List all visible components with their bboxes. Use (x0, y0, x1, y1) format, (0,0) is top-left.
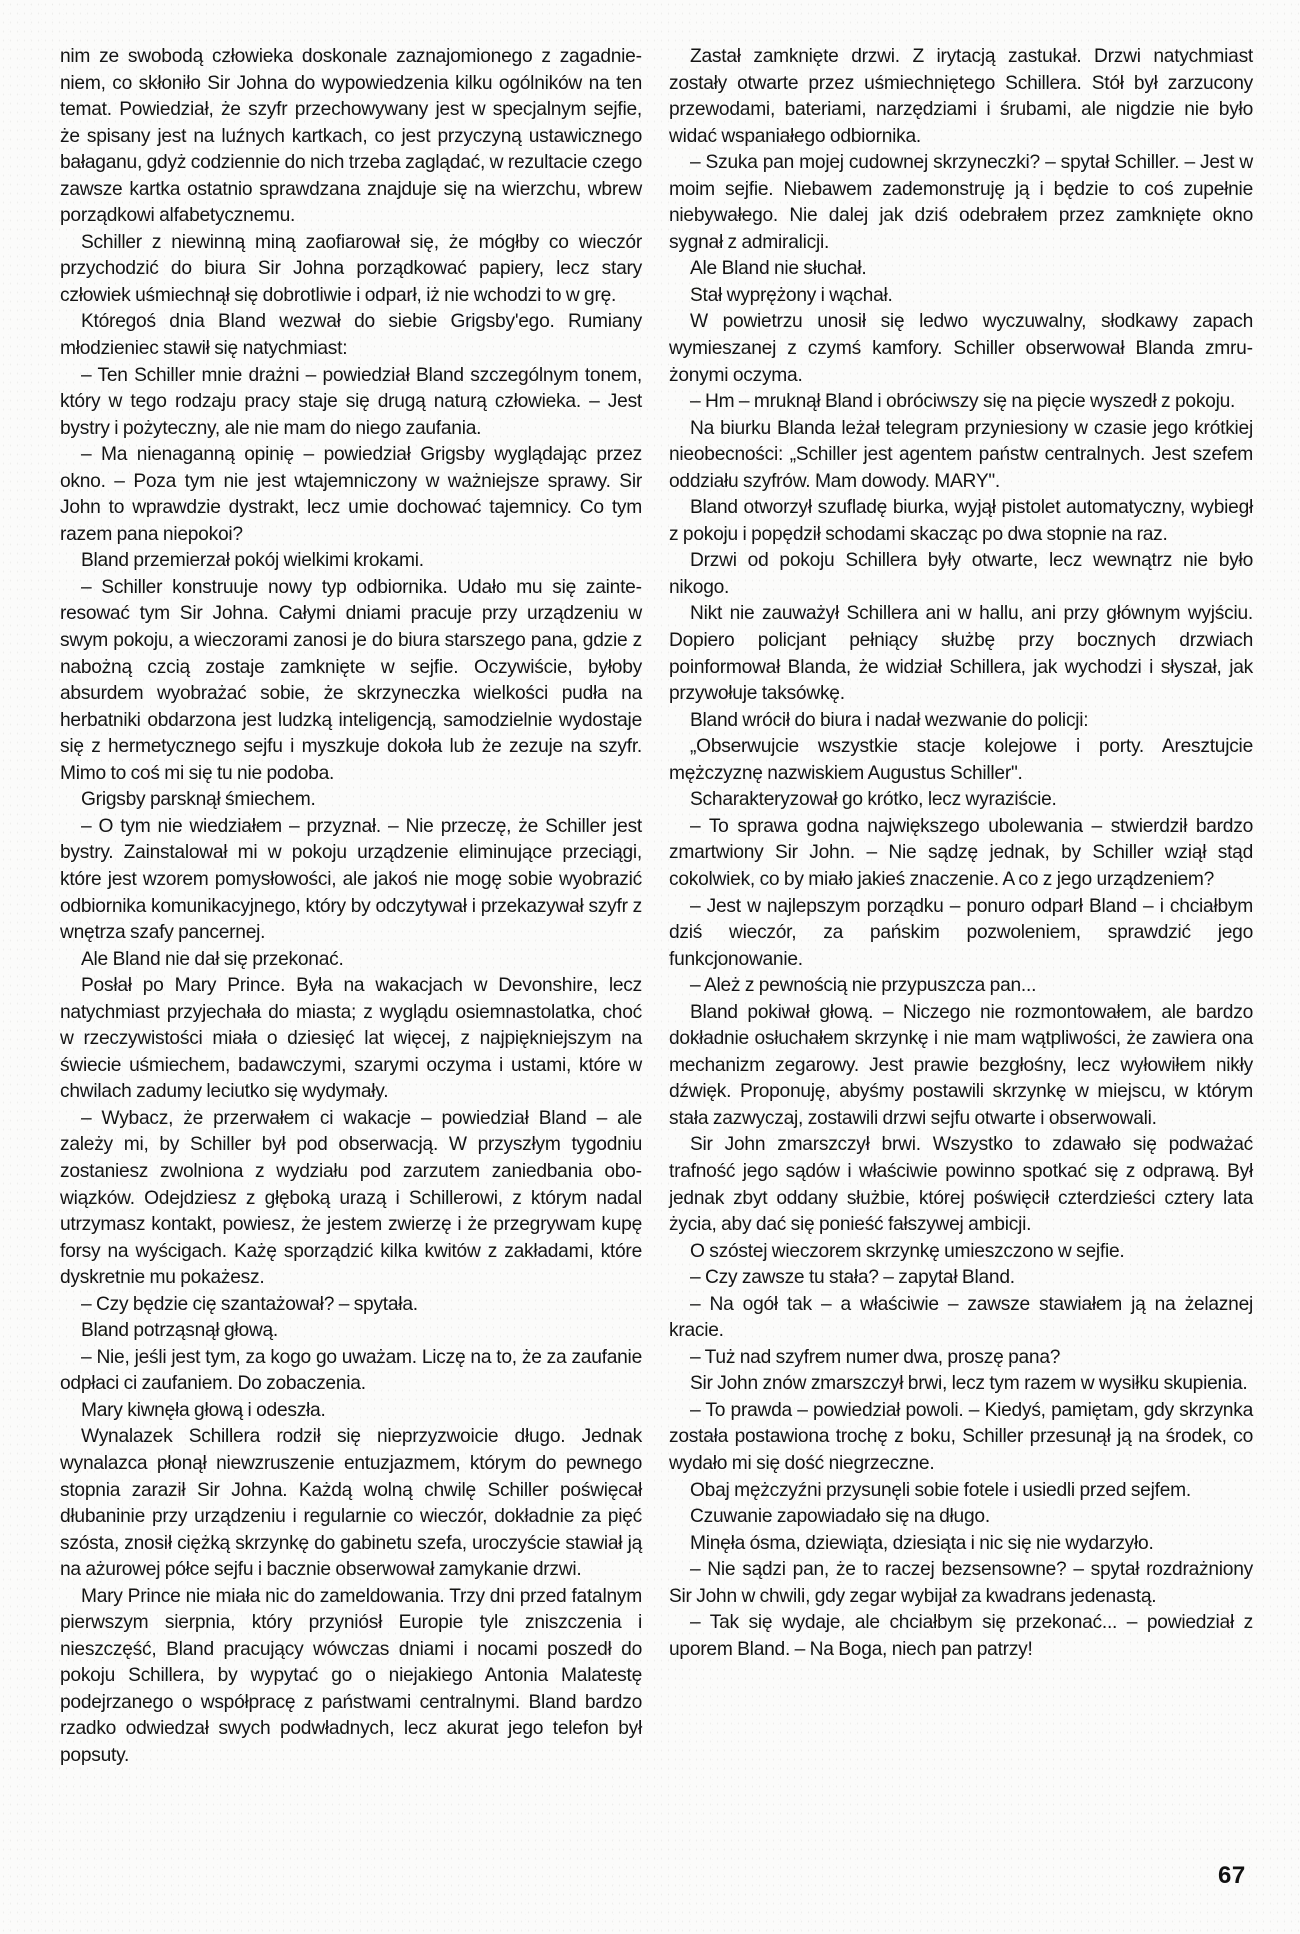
paragraph: Bland wrócił do biura i nadał wezwanie d… (669, 708, 1253, 735)
right-text-column: Zastał zamknięte drzwi. Z irytacją zastu… (669, 44, 1253, 1663)
paragraph: Wynalazek Schillera rodził się nieprzyzw… (60, 1424, 642, 1583)
paragraph: – Jest w najlepszym porządku – ponuro od… (669, 894, 1253, 974)
paragraph: – Czy będzie cię szantażował? – spytała. (60, 1292, 642, 1319)
paragraph: Posłał po Mary Prince. Była na wakacjach… (60, 973, 642, 1106)
paragraph: Obaj mężczyźni przysunęli sobie fotele i… (669, 1478, 1253, 1505)
paragraph: – To sprawa godna największego ubolewani… (669, 814, 1253, 894)
paragraph: – Ma nienaganną opinię – powiedział Grig… (60, 442, 642, 548)
paragraph: Drzwi od pokoju Schillera były otwarte, … (669, 548, 1253, 601)
paragraph: Sir John zmarszczył brwi. Wszystko to zd… (669, 1132, 1253, 1238)
paragraph: Bland pokiwał głową. – Niczego nie rozmo… (669, 1000, 1253, 1133)
paragraph: Bland przemierzał pokój wielkimi krokami… (60, 548, 642, 575)
paragraph: nim ze swobodą człowieka doskonale zazna… (60, 44, 642, 230)
paragraph: Któregoś dnia Bland wezwał do siebie Gri… (60, 309, 642, 362)
page-number: 67 (1218, 1862, 1246, 1890)
paragraph: – To prawda – powiedział powoli. – Kiedy… (669, 1398, 1253, 1478)
paragraph: O szóstej wieczorem skrzynkę umieszczono… (669, 1239, 1253, 1266)
paragraph: Na biurku Blanda leżał telegram przynies… (669, 416, 1253, 496)
paragraph: Scharakteryzował go krótko, lecz wyraziś… (669, 787, 1253, 814)
paragraph: – Szuka pan mojej cudownej skrzyneczki? … (669, 150, 1253, 256)
paragraph: – Na ogół tak – a właściwie – zawsze sta… (669, 1292, 1253, 1345)
paragraph: Mary Prince nie miała nic do zameldowani… (60, 1584, 642, 1770)
paragraph: W powietrzu unosił się ledwo wyczuwalny,… (669, 309, 1253, 389)
paragraph: Mary kiwnęła głową i odeszła. (60, 1398, 642, 1425)
paragraph: Ale Bland nie słuchał. (669, 256, 1253, 283)
paragraph: – Tuż nad szyfrem numer dwa, proszę pana… (669, 1345, 1253, 1372)
paragraph: Zastał zamknięte drzwi. Z irytacją zastu… (669, 44, 1253, 150)
paragraph: – Ten Schiller mnie drażni – powiedział … (60, 363, 642, 443)
paragraph: Czuwanie zapowiadało się na długo. (669, 1504, 1253, 1531)
paragraph: Minęła ósma, dziewiąta, dziesiąta i nic … (669, 1531, 1253, 1558)
paragraph: „Obserwujcie wszystkie stacje kolejowe i… (669, 734, 1253, 787)
paragraph: – Czy zawsze tu stała? – zapytał Bland. (669, 1265, 1253, 1292)
paragraph: Sir John znów zmarszczył brwi, lecz tym … (669, 1371, 1253, 1398)
paragraph: – Tak się wydaje, ale chciałbym się prze… (669, 1610, 1253, 1663)
paragraph: Bland otworzył szufladę biurka, wyjął pi… (669, 495, 1253, 548)
paragraph: Bland potrząsnął głową. (60, 1318, 642, 1345)
paragraph: Grigsby parsknął śmiechem. (60, 787, 642, 814)
paragraph: Nikt nie zauważył Schillera ani w hallu,… (669, 601, 1253, 707)
left-text-column: nim ze swobodą człowieka doskonale zazna… (60, 44, 642, 1770)
paragraph: – Wybacz, że przerwałem ci wakacje – pow… (60, 1106, 642, 1292)
paragraph: – O tym nie wiedziałem – przyznał. – Nie… (60, 814, 642, 947)
paragraph: – Hm – mruknął Bland i obróciwszy się na… (669, 389, 1253, 416)
paragraph: Stał wyprężony i wąchał. (669, 283, 1253, 310)
paragraph: – Nie sądzi pan, że to raczej bezsensown… (669, 1557, 1253, 1610)
paragraph: – Nie, jeśli jest tym, za kogo go uważam… (60, 1345, 642, 1398)
paragraph: – Ależ z pewnością nie przypuszcza pan..… (669, 973, 1253, 1000)
paragraph: Ale Bland nie dał się przekonać. (60, 947, 642, 974)
paragraph: Schiller z niewinną miną zaofiarował się… (60, 230, 642, 310)
paragraph: – Schiller konstruuje nowy typ odbiornik… (60, 575, 642, 787)
magazine-page: nim ze swobodą człowieka doskonale zazna… (0, 0, 1300, 1934)
